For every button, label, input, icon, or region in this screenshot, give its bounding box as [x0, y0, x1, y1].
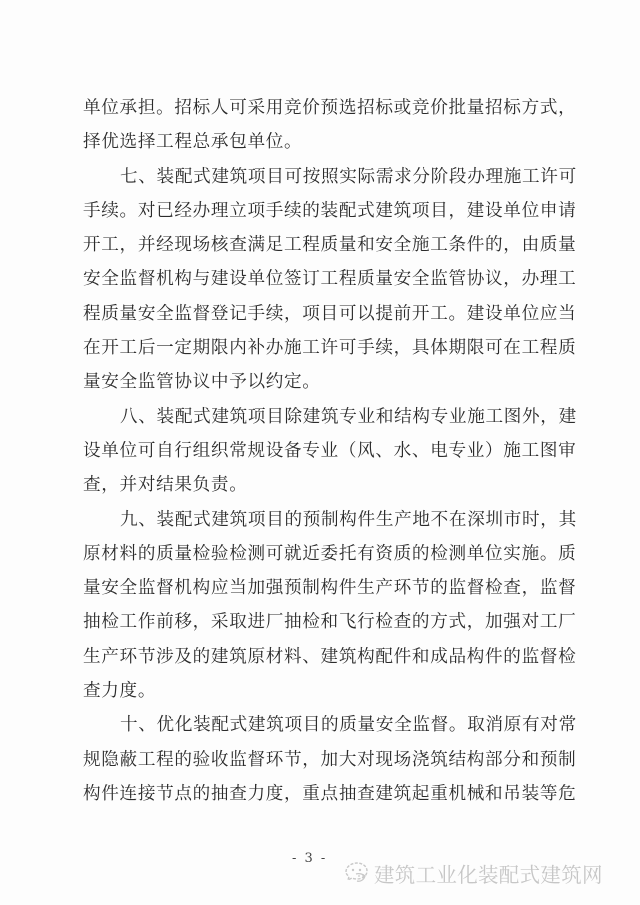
paragraph-8-start: 八、装配式建筑项目除建筑专业和结构专业施工图外，建	[83, 400, 559, 434]
text-line: 查力度。	[83, 674, 559, 708]
document-page: 单位承担。招标人可采用竞价预选招标或竞价批量招标方式， 择优选择工程总承包单位。…	[0, 0, 640, 905]
text-line: 量安全监督机构应当加强预制构件生产环节的监督检查，监督	[83, 571, 559, 605]
text-line: 抽检工作前移，采取进厂抽检和飞行检查的方式，加强对工厂	[83, 605, 559, 639]
wechat-icon	[342, 860, 372, 886]
document-body: 单位承担。招标人可采用竞价预选招标或竞价批量招标方式， 择优选择工程总承包单位。…	[83, 91, 559, 811]
paragraph-10-start: 十、优化装配式建筑项目的质量安全监督。取消原有对常	[83, 708, 559, 742]
text-line: 量安全监管协议中予以约定。	[83, 365, 559, 399]
page-number: - 3 -	[292, 851, 327, 866]
text-line: 查，并对结果负责。	[83, 468, 559, 502]
text-line: 在开工后一定期限内补办施工许可手续，具体期限可在工程质	[83, 331, 559, 365]
text-line: 设单位可自行组织常规设备专业（风、水、电专业）施工图审	[83, 434, 559, 468]
text-line: 单位承担。招标人可采用竞价预选招标或竞价批量招标方式，	[83, 91, 559, 125]
watermark: 建筑工业化装配式建筑网	[342, 858, 603, 888]
text-line: 生产环节涉及的建筑原材料、建筑构配件和成品构件的监督检	[83, 640, 559, 674]
paragraph-7-start: 七、装配式建筑项目可按照实际需求分阶段办理施工许可	[83, 160, 559, 194]
text-line: 手续。对已经办理立项手续的装配式建筑项目，建设单位申请	[83, 194, 559, 228]
text-line: 程质量安全监督登记手续，项目可以提前开工。建设单位应当	[83, 297, 559, 331]
text-line: 择优选择工程总承包单位。	[83, 125, 559, 159]
paragraph-9-start: 九、装配式建筑项目的预制构件生产地不在深圳市时，其	[83, 503, 559, 537]
text-line: 安全监督机构与建设单位签订工程质量安全监管协议，办理工	[83, 262, 559, 296]
text-line: 原材料的质量检验检测可就近委托有资质的检测单位实施。质	[83, 537, 559, 571]
text-line: 开工，并经现场核查满足工程质量和安全施工条件的，由质量	[83, 228, 559, 262]
text-line: 构件连接节点的抽查力度，重点抽查建筑起重机械和吊装等危	[83, 777, 559, 811]
text-line: 规隐蔽工程的验收监督环节，加大对现场浇筑结构部分和预制	[83, 743, 559, 777]
watermark-text: 建筑工业化装配式建筑网	[374, 858, 603, 888]
